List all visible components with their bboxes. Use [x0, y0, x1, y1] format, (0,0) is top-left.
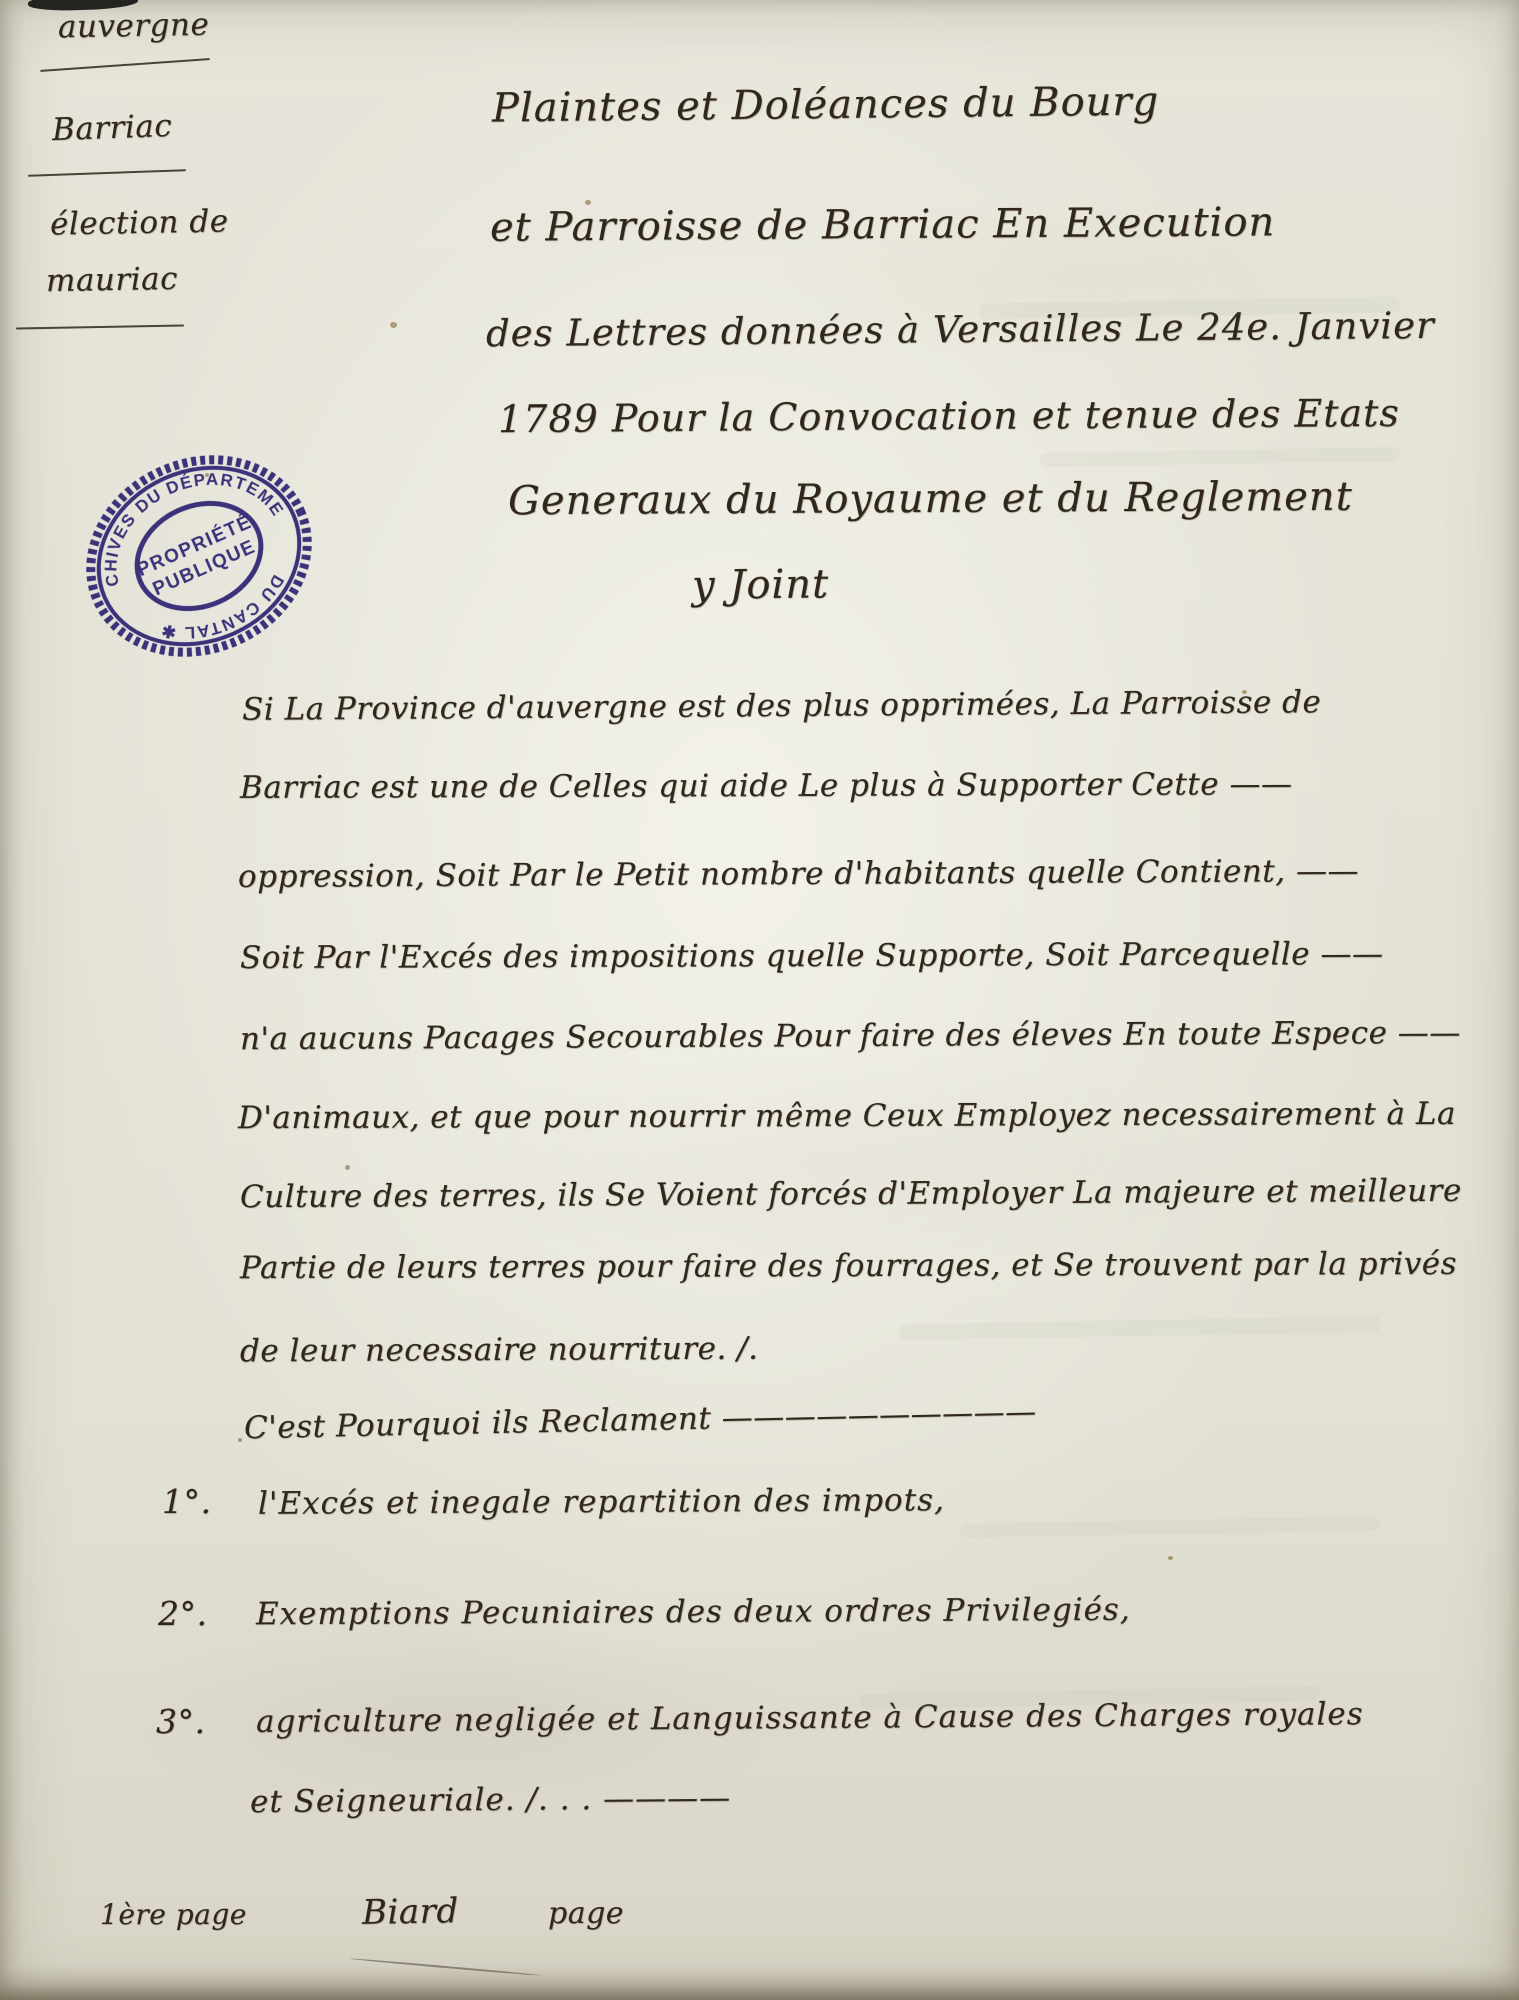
claim-1-number: 1°.	[162, 1482, 212, 1521]
heading-line-2: et Parroisse de Barriac En Execution	[490, 199, 1276, 250]
paper-speck	[1348, 1198, 1354, 1203]
body-line-10: C'est Pourquoi ils Reclament ——————————	[244, 1394, 1037, 1447]
claim-2-text: Exemptions Pecuniaires des deux ordres P…	[256, 1592, 1131, 1633]
heading-line-4: 1789 Pour la Convocation et tenue des Et…	[498, 391, 1400, 441]
paper-speck	[390, 322, 397, 328]
body-line-6: D'animaux, et que pour nourrir même Ceux…	[238, 1096, 1456, 1136]
ink-bleed	[900, 1316, 1380, 1340]
margin-underline	[28, 169, 186, 177]
heading-line-5: Generaux du Royaume et du Reglement	[508, 474, 1353, 524]
body-line-8: Partie de leurs terres pour faire des fo…	[240, 1246, 1457, 1286]
heading-line-1: Plaintes et Doléances du Bourg	[492, 79, 1160, 132]
heading-line-6: y Joint	[692, 561, 829, 608]
body-line-5: n'a aucuns Pacages Secourables Pour fair…	[240, 1015, 1461, 1057]
claim-1-text: l'Excés et inegale repartition des impot…	[258, 1482, 945, 1522]
margin-note-election: élection de	[50, 203, 229, 242]
manuscript-page: auvergne Barriac élection de mauriac ARC…	[0, 0, 1519, 2000]
body-line-4: Soit Par l'Excés des impositions quelle …	[240, 936, 1384, 976]
paper-speck	[1168, 1556, 1173, 1560]
claim-3-continuation: et Seigneuriale. /. . . ————	[250, 1780, 731, 1820]
margin-note-province: auvergne	[58, 7, 210, 46]
claim-3-number: 3°.	[156, 1702, 206, 1741]
body-line-1: Si La Province d'auvergne est des plus o…	[242, 684, 1322, 728]
body-line-2: Barriac est une de Celles qui aide Le pl…	[240, 766, 1293, 806]
paper-speck	[238, 1438, 242, 1442]
paper-speck	[1242, 690, 1247, 694]
archive-stamp: ARCHIVES DU DÉPARTEMENT DU CANTAL ✱ PROP…	[48, 413, 350, 700]
ink-bleed	[1040, 447, 1400, 467]
paper-speck	[585, 200, 591, 205]
footer-signature: Biard	[362, 1891, 459, 1933]
footer-page-label: 1ère page	[100, 1898, 247, 1931]
margin-underline	[40, 58, 210, 72]
margin-underline	[16, 325, 184, 330]
paper-speck	[345, 1165, 350, 1170]
archive-stamp-graphic: ARCHIVES DU DÉPARTEMENT DU CANTAL ✱ PROP…	[48, 413, 350, 700]
footer-mark: page	[548, 1896, 624, 1931]
claim-2-number: 2°.	[158, 1594, 208, 1633]
margin-note-parish: Barriac	[51, 108, 172, 148]
paper-speck	[205, 473, 209, 477]
body-line-7: Culture des terres, ils Se Voient forcés…	[240, 1173, 1462, 1215]
margin-note-mauriac: mauriac	[46, 261, 179, 299]
body-line-3: oppression, Soit Par le Petit nombre d'h…	[238, 853, 1359, 895]
ink-bleed	[960, 1516, 1380, 1537]
body-line-9: de leur necessaire nourriture. /.	[240, 1331, 759, 1370]
page-bottom-crease	[0, 1966, 1519, 2000]
